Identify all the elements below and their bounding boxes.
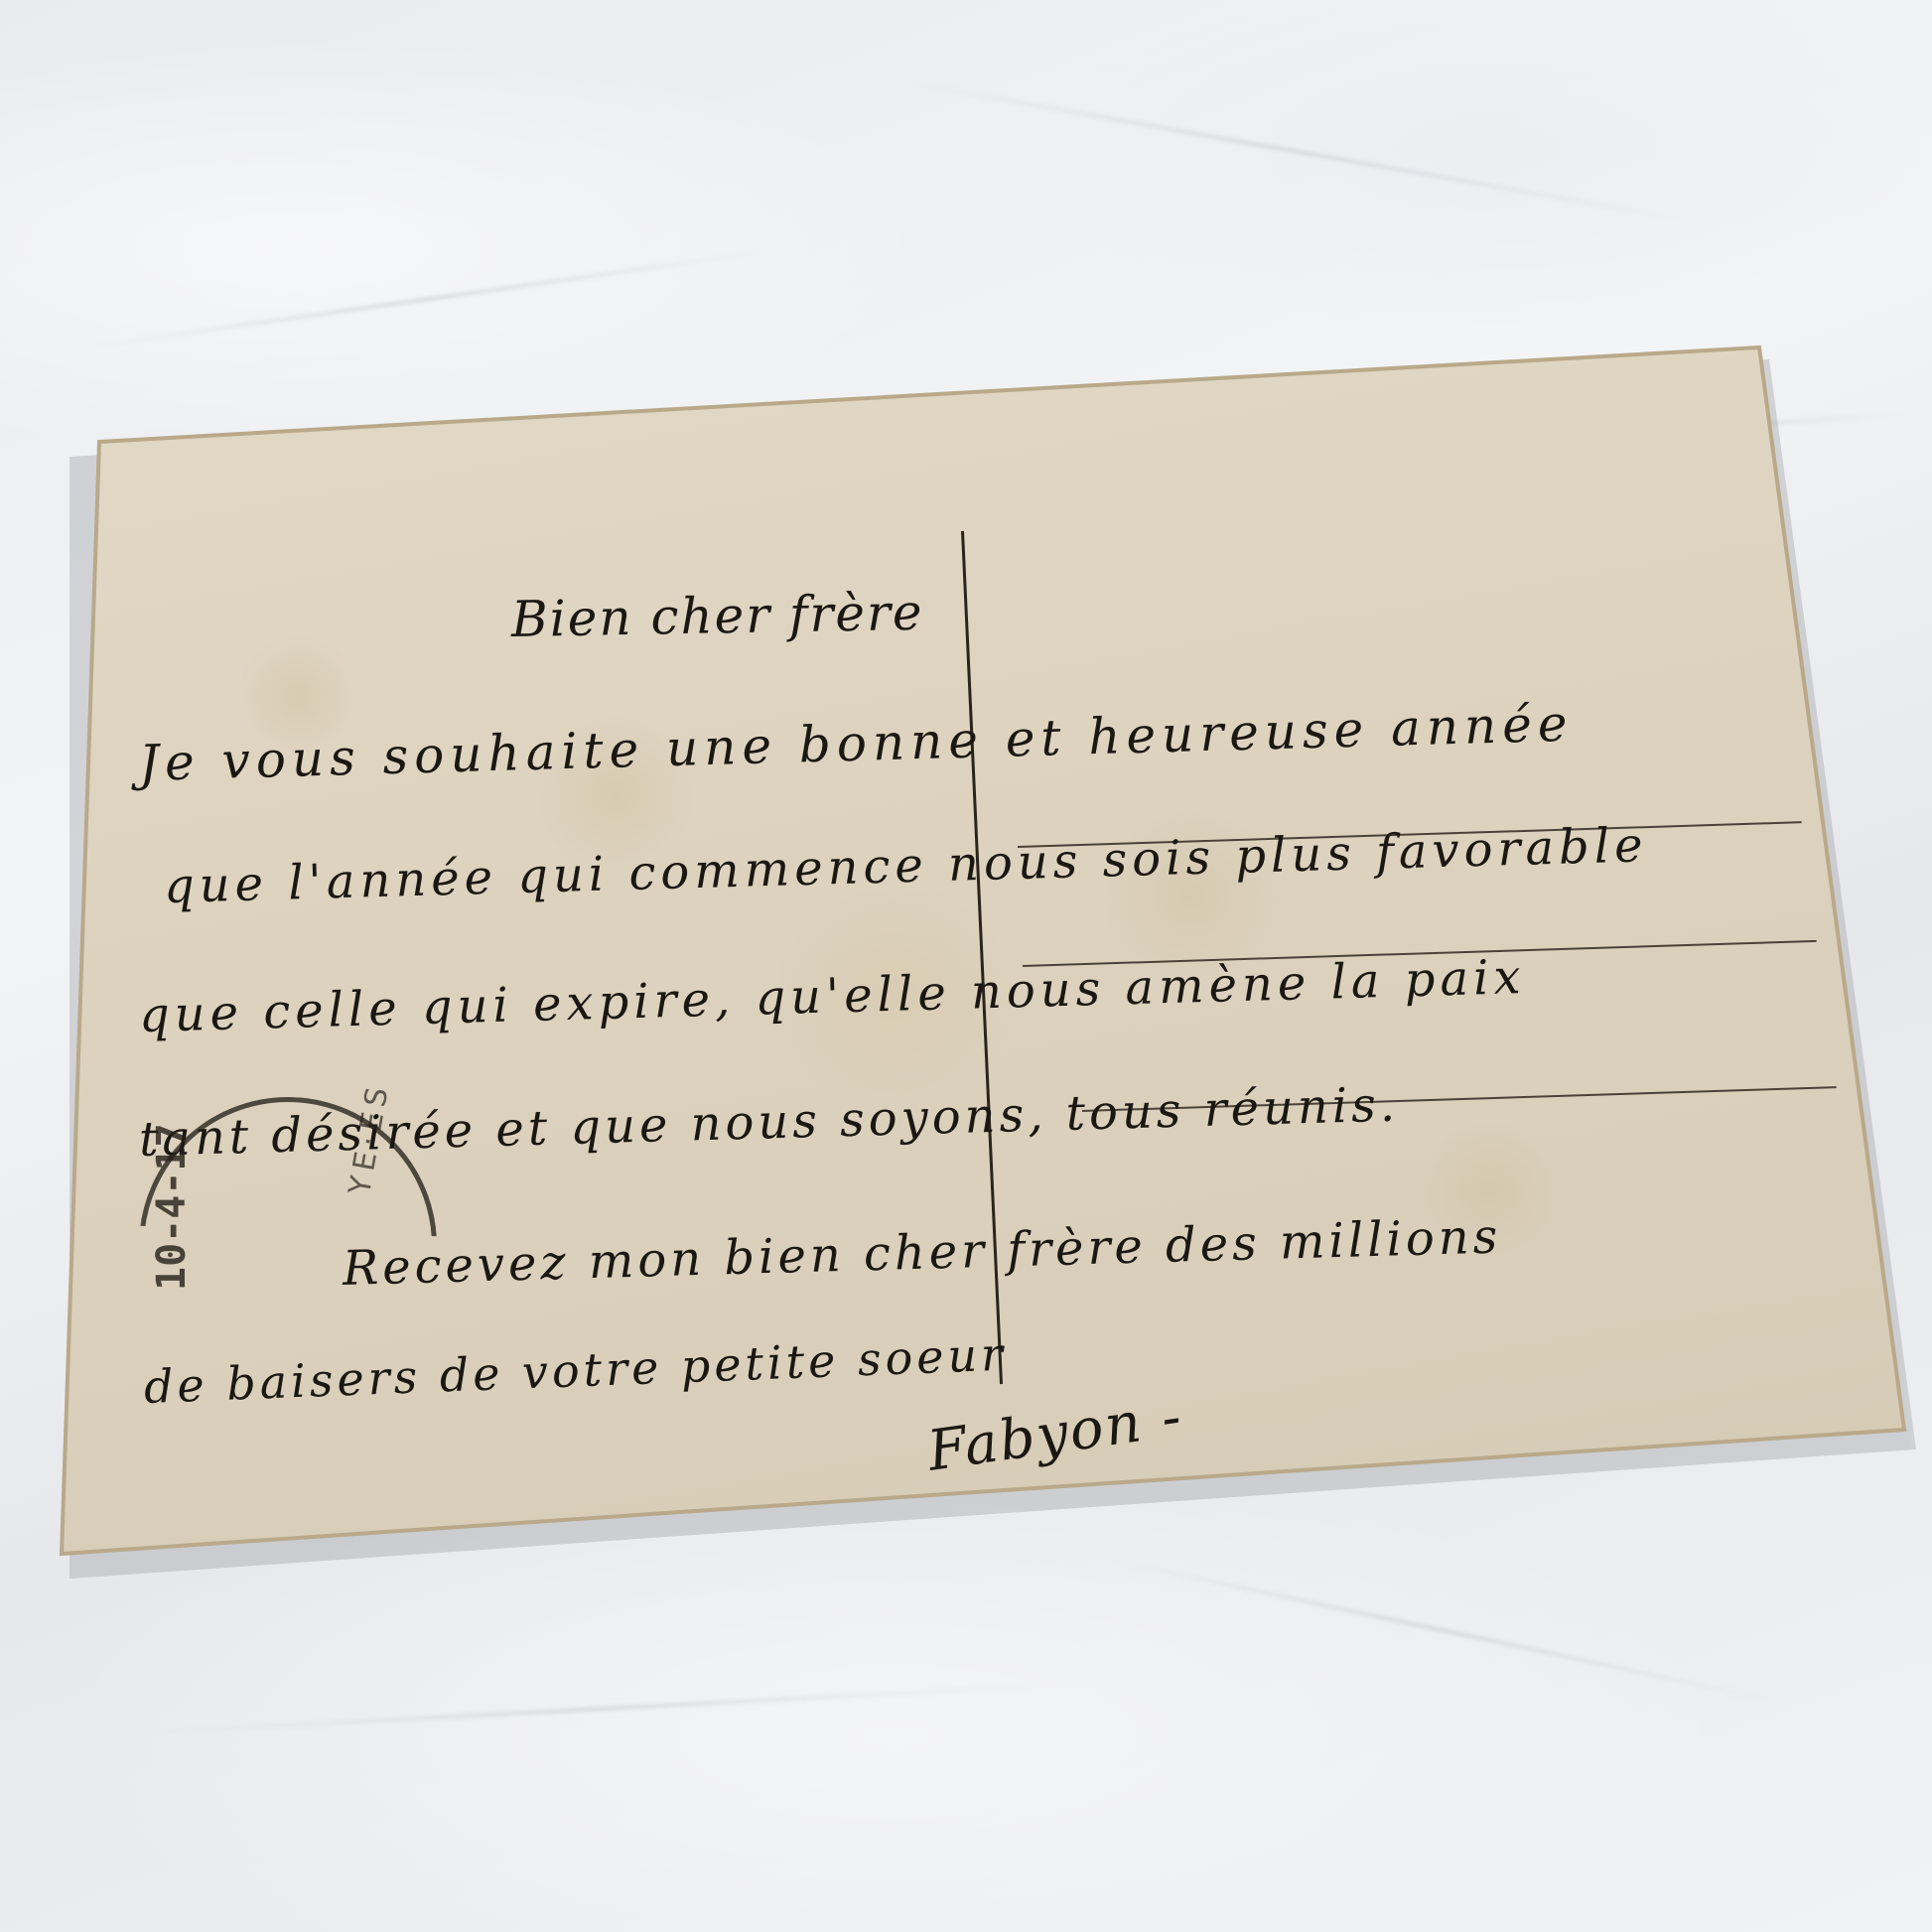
salutation: Bien cher frère bbox=[510, 584, 923, 648]
tissue-crease bbox=[1099, 1556, 1779, 1703]
tissue-crease bbox=[899, 80, 1682, 221]
postmark-date: 10-4-17 bbox=[149, 1123, 195, 1291]
tissue-crease bbox=[150, 1684, 1042, 1733]
tissue-crease bbox=[82, 249, 771, 348]
